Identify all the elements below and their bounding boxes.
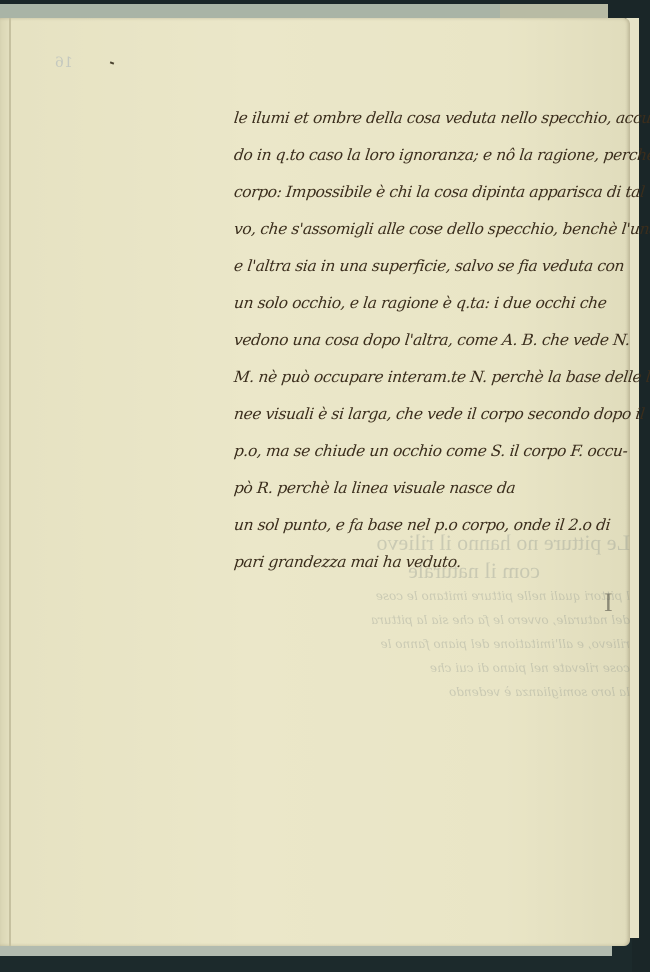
bleed-through-line: cose rilevate nel piano di cui che — [230, 656, 630, 680]
text-line: un solo occhio, e la ragione è q.ta: i d… — [232, 285, 631, 322]
bleed-through-line: la loro somiglianza è vedendo — [230, 680, 630, 704]
text-line: M. nè può occupare interam.te N. perchè … — [232, 359, 631, 396]
text-line: e l'altra sia in una superficie, salvo s… — [232, 248, 631, 285]
bleed-through-initial: I — [604, 588, 613, 618]
text-line: vedono una cosa dopo l'altra, come A. B.… — [232, 322, 631, 359]
folio-number: 16 — [55, 55, 73, 71]
text-line: un sol punto, e fa base nel p.o corpo, o… — [232, 507, 631, 544]
text-line: pari grandezza mai ha veduto. — [232, 544, 631, 581]
bleed-through-line: rilievo, e all'imitatione del piano fann… — [230, 632, 630, 656]
underlying-page-edge-top-right — [500, 4, 608, 18]
text-line: p.o, ma se chiude un occhio come S. il c… — [232, 433, 631, 470]
text-line: le ilumi et ombre della cosa veduta nell… — [232, 100, 631, 137]
text-line: do in q.to caso la loro ignoranza; e nô … — [232, 137, 631, 174]
handwritten-text-block: le ilumi et ombre della cosa veduta nell… — [234, 100, 629, 581]
text-line: pò R. perchè la linea visuale nasce da — [232, 470, 631, 507]
text-line: vo, che s'assomigli alle cose dello spec… — [232, 211, 631, 248]
text-line: nee visuali è si larga, che vede il corp… — [232, 396, 631, 433]
bleed-through-line: l pittori quali nelle pitture imitano le… — [230, 584, 630, 608]
bleed-through-line: del naturale, ovvero le fa che sia la pi… — [230, 608, 630, 632]
text-line: corpo: Impossibile è chi la cosa dipinta… — [232, 174, 631, 211]
binding-gutter — [9, 18, 11, 946]
